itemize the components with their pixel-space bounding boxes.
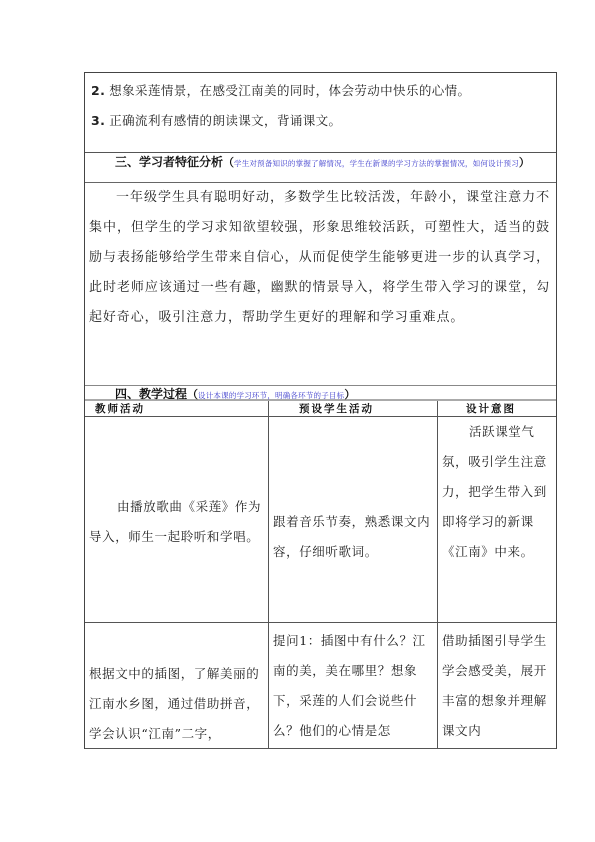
design-intent-text: 借助插图引导学生学会感受美，展开丰富的想象并理解课文内 <box>442 626 552 746</box>
process-table-header: 教师活动 预设学生活动 设计意图 <box>85 401 556 417</box>
objective-number: 3. <box>91 113 105 128</box>
process-row: 由播放歌曲《采莲》作为导入，师生一起聆听和学唱。 跟着音乐节奏，熟悉课文内容，仔… <box>85 417 556 623</box>
process-row: 根据文中的插图，了解美丽的江南水乡图，通过借助拼音，学会认识“江南”二字， 提问… <box>85 623 556 749</box>
paren-close: ） <box>344 388 355 401</box>
paren-open: （ <box>187 388 198 401</box>
column-header-label: 教师活动 <box>95 401 145 416</box>
section3-note: 学生对预备知识的掌握了解情况，学生在新课的学习方法的掌握情况，如何设计预习 <box>234 159 519 168</box>
student-activity-text: 提问1：插图中有什么？江南的美，美在哪里？想象下，采莲的人们会说些什么？他们的心… <box>273 626 431 746</box>
student-activity-cell: 提问1：插图中有什么？江南的美，美在哪里？想象下，采莲的人们会说些什么？他们的心… <box>269 623 438 748</box>
objectives-section: 2.想象采莲情景，在感受江南美的同时，体会劳动中快乐的心情。 3.正确流利有感情… <box>85 73 556 153</box>
column-header-student: 预设学生活动 <box>269 401 438 416</box>
design-intent-text: 活跃课堂气氛，吸引学生注意力，把学生带入到即将学习的新课《江南》中来。 <box>442 417 552 567</box>
objective-item: 3.正确流利有感情的朗读课文，背诵课文。 <box>91 111 341 129</box>
student-activity-text: 跟着音乐节奏，熟悉课文内容，仔细听歌词。 <box>273 507 431 567</box>
lesson-plan-table: 2.想象采莲情景，在感受江南美的同时，体会劳动中快乐的心情。 3.正确流利有感情… <box>84 72 557 749</box>
objective-item: 2.想象采莲情景，在感受江南美的同时，体会劳动中快乐的心情。 <box>91 81 470 99</box>
section4-title: 四、教学过程 <box>115 387 187 401</box>
paren-close: ） <box>519 156 530 169</box>
section3-header: 三、学习者特征分析（学生对预备知识的掌握了解情况，学生在新课的学习方法的掌握情况… <box>85 153 556 183</box>
objective-text: 正确流利有感情的朗读课文，背诵课文。 <box>109 113 341 128</box>
student-activity-cell: 跟着音乐节奏，熟悉课文内容，仔细听歌词。 <box>269 417 438 622</box>
paren-open: （ <box>223 156 234 169</box>
column-header-intent: 设计意图 <box>438 401 556 416</box>
objective-text: 想象采莲情景，在感受江南美的同时，体会劳动中快乐的心情。 <box>109 83 470 98</box>
design-intent-cell: 借助插图引导学生学会感受美，展开丰富的想象并理解课文内 <box>438 623 556 748</box>
section4-header: 四、教学过程（设计本课的学习环节，明确各环节的子目标） <box>85 386 556 401</box>
learner-analysis-paragraph: 一年级学生具有聪明好动，多数学生比较活泼，年龄小，课堂注意力不集中，但学生的学习… <box>89 183 550 333</box>
objective-number: 2. <box>91 83 105 98</box>
teacher-activity-cell: 根据文中的插图，了解美丽的江南水乡图，通过借助拼音，学会认识“江南”二字， <box>85 623 269 748</box>
section3-heading: 三、学习者特征分析（学生对预备知识的掌握了解情况，学生在新课的学习方法的掌握情况… <box>89 154 550 170</box>
design-intent-cell: 活跃课堂气氛，吸引学生注意力，把学生带入到即将学习的新课《江南》中来。 <box>438 417 556 622</box>
column-header-label: 设计意图 <box>466 401 516 416</box>
teacher-activity-text: 由播放歌曲《采莲》作为导入，师生一起聆听和学唱。 <box>89 492 262 552</box>
section3-content: 一年级学生具有聪明好动，多数学生比较活泼，年龄小，课堂注意力不集中，但学生的学习… <box>85 183 556 386</box>
section4-note: 设计本课的学习环节，明确各环节的子目标 <box>198 391 344 400</box>
learner-analysis-text: 一年级学生具有聪明好动，多数学生比较活泼，年龄小，课堂注意力不集中，但学生的学习… <box>89 183 550 333</box>
column-header-teacher: 教师活动 <box>85 401 269 416</box>
teacher-activity-cell: 由播放歌曲《采莲》作为导入，师生一起聆听和学唱。 <box>85 417 269 622</box>
teacher-activity-text: 根据文中的插图，了解美丽的江南水乡图，通过借助拼音，学会认识“江南”二字， <box>89 629 264 749</box>
section3-title: 三、学习者特征分析 <box>115 155 223 169</box>
column-header-label: 预设学生活动 <box>299 401 374 416</box>
